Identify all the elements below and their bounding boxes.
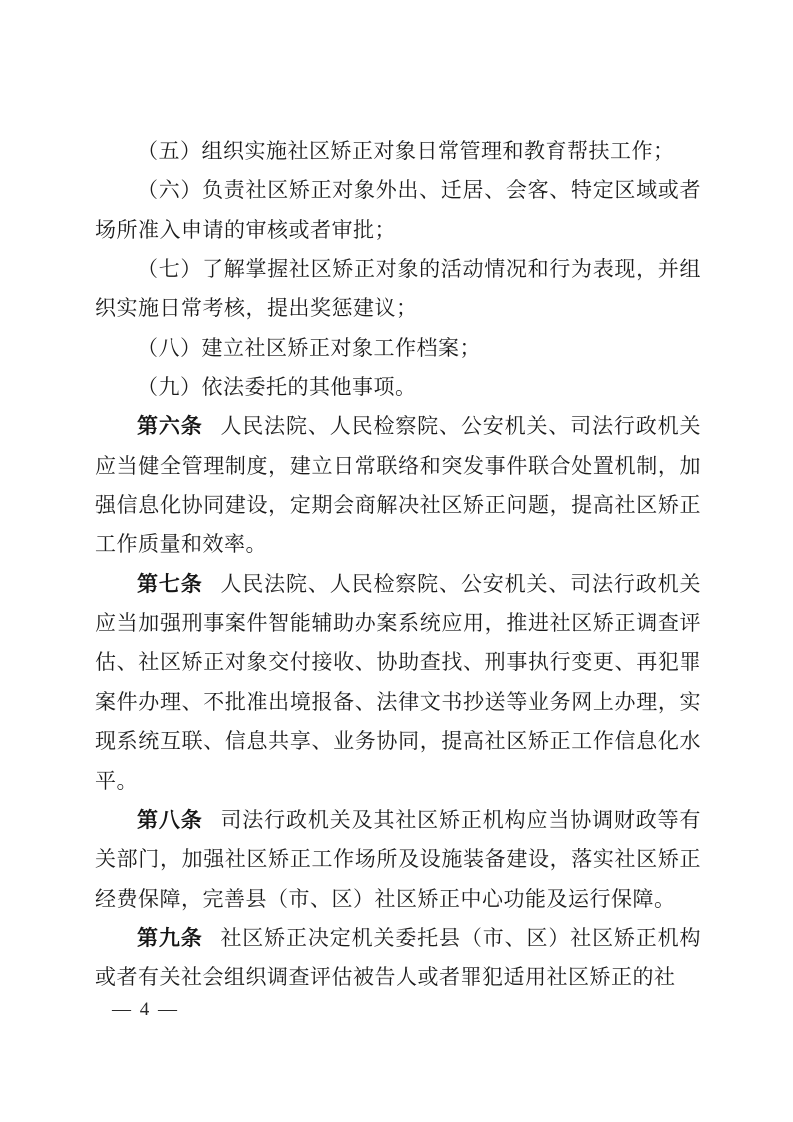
article-label: 第九条: [137, 927, 203, 950]
document-body: （五）组织实施社区矫正对象日常管理和教育帮扶工作； （六）负责社区矫正对象外出、…: [95, 132, 701, 998]
paragraph-text: （五）组织实施社区矫正对象日常管理和教育帮扶工作；: [137, 139, 675, 163]
paragraph: （九）依法委托的其他事项。: [95, 368, 701, 407]
paragraph-text: （六）负责社区矫正对象外出、迁居、会客、特定区域或者场所准入申请的审核或者审批；: [95, 178, 701, 241]
paragraph-text: （八）建立社区矫正对象工作档案；: [137, 336, 481, 360]
paragraph-text: （九）依法委托的其他事项。: [137, 375, 417, 399]
paragraph: （六）负责社区矫正对象外出、迁居、会客、特定区域或者场所准入申请的审核或者审批；: [95, 171, 701, 250]
paragraph: 第六条人民法院、人民检察院、公安机关、司法行政机关应当健全管理制度，建立日常联络…: [95, 407, 701, 564]
paragraph: （七）了解掌握社区矫正对象的活动情况和行为表现，并组织实施日常考核，提出奖惩建议…: [95, 250, 701, 329]
document-page: （五）组织实施社区矫正对象日常管理和教育帮扶工作； （六）负责社区矫正对象外出、…: [0, 0, 793, 1122]
paragraph: （五）组织实施社区矫正对象日常管理和教育帮扶工作；: [95, 132, 701, 171]
article-label: 第六条: [137, 415, 203, 438]
paragraph-text: （七）了解掌握社区矫正对象的活动情况和行为表现，并组织实施日常考核，提出奖惩建议…: [95, 257, 701, 320]
paragraph: 第九条社区矫正决定机关委托县（市、区）社区矫正机构或者有关社会组织调查评估被告人…: [95, 919, 701, 998]
article-label: 第八条: [137, 809, 203, 832]
paragraph: 第七条人民法院、人民检察院、公安机关、司法行政机关应当加强刑事案件智能辅助办案系…: [95, 565, 701, 801]
paragraph: （八）建立社区矫正对象工作档案；: [95, 329, 701, 368]
paragraph: 第八条司法行政机关及其社区矫正机构应当协调财政等有关部门，加强社区矫正工作场所及…: [95, 801, 701, 919]
article-label: 第七条: [137, 573, 203, 596]
page-number: — 4 —: [112, 999, 179, 1021]
paragraph-text: 人民法院、人民检察院、公安机关、司法行政机关应当加强刑事案件智能辅助办案系统应用…: [95, 572, 701, 793]
